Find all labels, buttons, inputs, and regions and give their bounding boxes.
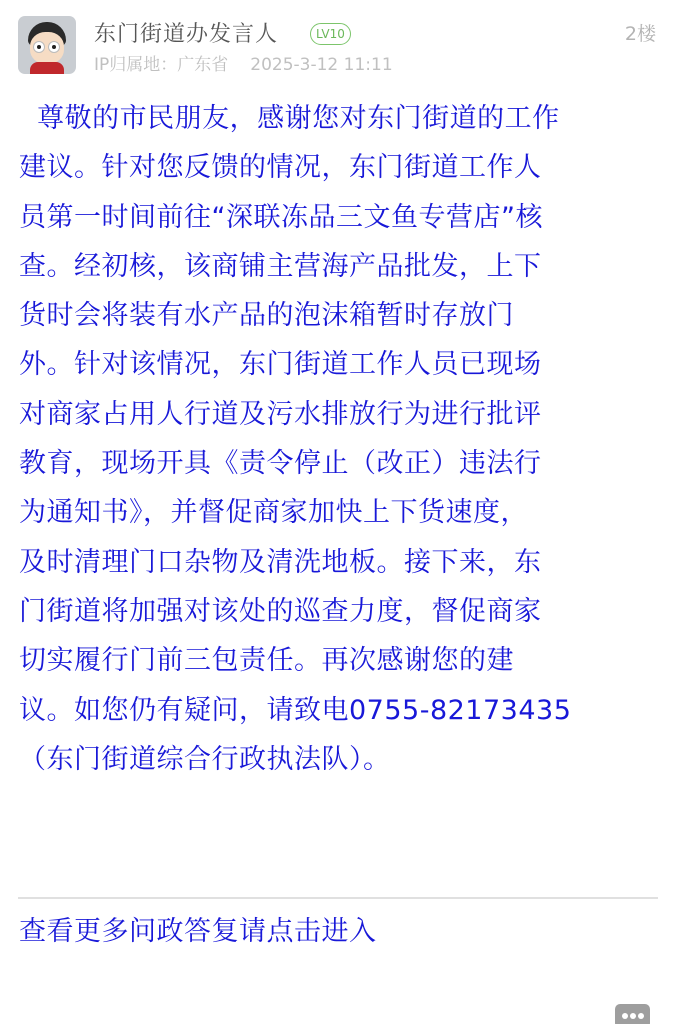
body-line: （东门街道综合行政执法队）。 bbox=[19, 735, 659, 784]
body-line: 为通知书》，并督促商家加快上下货速度， bbox=[19, 488, 659, 537]
ellipsis-icon bbox=[622, 1013, 628, 1019]
level-badge: LV10 bbox=[310, 23, 351, 45]
post-body: 尊敬的市民朋友，感谢您对东门街道的工作 建议。针对您反馈的情况，东门街道工作人 … bbox=[19, 94, 659, 784]
body-line: 员第一时间前往“深联冻品三文鱼专营店”核 bbox=[19, 193, 659, 242]
post-timestamp: 2025-3-12 11:11 bbox=[250, 55, 392, 75]
avatar-shirt bbox=[30, 62, 64, 74]
body-line: 议。如您仍有疑问，请致电0755-82173435 bbox=[19, 686, 659, 735]
divider bbox=[18, 897, 658, 899]
more-answers-link[interactable]: 查看更多问政答复请点击进入 bbox=[19, 912, 377, 952]
ellipsis-icon bbox=[630, 1013, 636, 1019]
body-line: 查。经初核，该商铺主营海产品批发，上下 bbox=[19, 242, 659, 291]
body-line: 门街道将加强对该处的巡查力度，督促商家 bbox=[19, 587, 659, 636]
body-line: 教育，现场开具《责令停止（改正）违法行 bbox=[19, 439, 659, 488]
body-line: 对商家占用人行道及污水排放行为进行批评 bbox=[19, 390, 659, 439]
body-line: 尊敬的市民朋友，感谢您对东门街道的工作 bbox=[19, 94, 659, 143]
floor-number: 2楼 bbox=[625, 20, 656, 48]
post-meta: IP归属地：广东省2025-3-12 11:11 bbox=[94, 53, 393, 77]
avatar-eye-right bbox=[49, 42, 59, 52]
avatar[interactable] bbox=[18, 16, 76, 74]
body-line: 外。针对该情况，东门街道工作人员已现场 bbox=[19, 340, 659, 389]
body-line: 及时清理门口杂物及清洗地板。接下来，东 bbox=[19, 538, 659, 587]
body-line: 货时会将装有水产品的泡沫箱暂时存放门 bbox=[19, 291, 659, 340]
author-name[interactable]: 东门街道办发言人 bbox=[94, 20, 278, 50]
body-line: 建议。针对您反馈的情况，东门街道工作人 bbox=[19, 143, 659, 192]
more-options-button[interactable] bbox=[615, 1004, 650, 1024]
body-line: 切实履行门前三包责任。再次感谢您的建 bbox=[19, 636, 659, 685]
ellipsis-icon bbox=[638, 1013, 644, 1019]
avatar-eye-left bbox=[34, 42, 44, 52]
ip-location: IP归属地：广东省 bbox=[94, 55, 228, 75]
reply-post: 东门街道办发言人 LV10 2楼 IP归属地：广东省2025-3-12 11:1… bbox=[0, 0, 675, 1024]
